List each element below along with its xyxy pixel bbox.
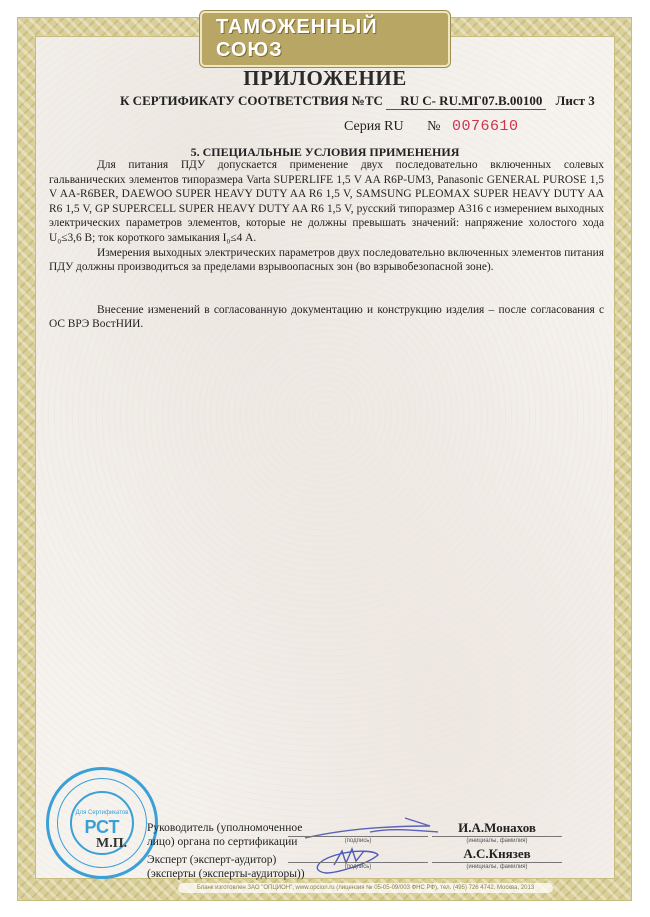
series-line: Серия RU № 0076610 xyxy=(344,118,518,135)
serial-number: 0076610 xyxy=(452,118,519,135)
stamp-inner-text: Для Сертификатов xyxy=(76,810,129,817)
certification-stamp: Для Сертификатов РСТ xyxy=(46,767,158,879)
certificate-reference: К СЕРТИФИКАТУ СООТВЕТСТВИЯ №ТС RU C- RU.… xyxy=(120,93,595,110)
document-title: ПРИЛОЖЕНИЕ xyxy=(0,66,650,91)
head-label-line-2: лицо) органа по сертификации xyxy=(147,835,302,849)
head-name: И.А.Монахов xyxy=(432,820,562,836)
sheet-number: Лист 3 xyxy=(556,93,595,108)
expert-label-line-2: (эксперты (эксперты-аудиторы)) xyxy=(147,867,305,881)
paragraph-measurements: Измерения выходных электрических парамет… xyxy=(49,246,604,275)
certificate-number-field: RU C- RU.МГ07.В.00100 xyxy=(386,93,546,110)
expert-signature xyxy=(306,843,386,877)
head-label: Руководитель (уполномоченное лицо) орган… xyxy=(147,821,302,849)
head-name-caption: (инициалы, фамилия) xyxy=(432,838,562,844)
expert-signature-line xyxy=(288,862,428,863)
banner-text: ТАМОЖЕННЫЙ СОЮЗ xyxy=(200,11,450,67)
certificate-number: RU C- RU.МГ07.В.00100 xyxy=(400,93,542,108)
head-label-line-1: Руководитель (уполномоченное xyxy=(147,821,302,835)
series-label: Серия RU xyxy=(344,119,404,134)
paragraph-changes: Внесение изменений в согласованную докум… xyxy=(49,303,604,332)
rst-logo-icon: РСТ xyxy=(84,817,119,837)
certificate-prefix: К СЕРТИФИКАТУ СООТВЕТСТВИЯ №ТС xyxy=(120,93,383,108)
printer-imprint: Бланк изготовлен ЗАО "ОПЦИОН", www.opcio… xyxy=(178,883,553,893)
expert-name-caption: (инициалы, фамилия) xyxy=(432,864,562,870)
head-name-line xyxy=(432,836,562,837)
customs-union-banner: ТАМОЖЕННЫЙ СОЮЗ xyxy=(200,17,450,61)
paragraph-power-supply: Для питания ПДУ допускается применение д… xyxy=(49,158,604,246)
head-signature-line xyxy=(288,836,428,837)
seal-place-label: М.П. xyxy=(96,836,127,852)
expert-name: А.С.Князев xyxy=(432,846,562,862)
number-sign: № xyxy=(427,119,440,134)
expert-label-line-1: Эксперт (эксперт-аудитор) xyxy=(147,853,305,867)
section-body: Для питания ПДУ допускается применение д… xyxy=(49,158,604,332)
expert-signature-caption: (подпись) xyxy=(288,864,428,870)
expert-name-line xyxy=(432,862,562,863)
expert-label: Эксперт (эксперт-аудитор) (эксперты (экс… xyxy=(147,853,305,881)
